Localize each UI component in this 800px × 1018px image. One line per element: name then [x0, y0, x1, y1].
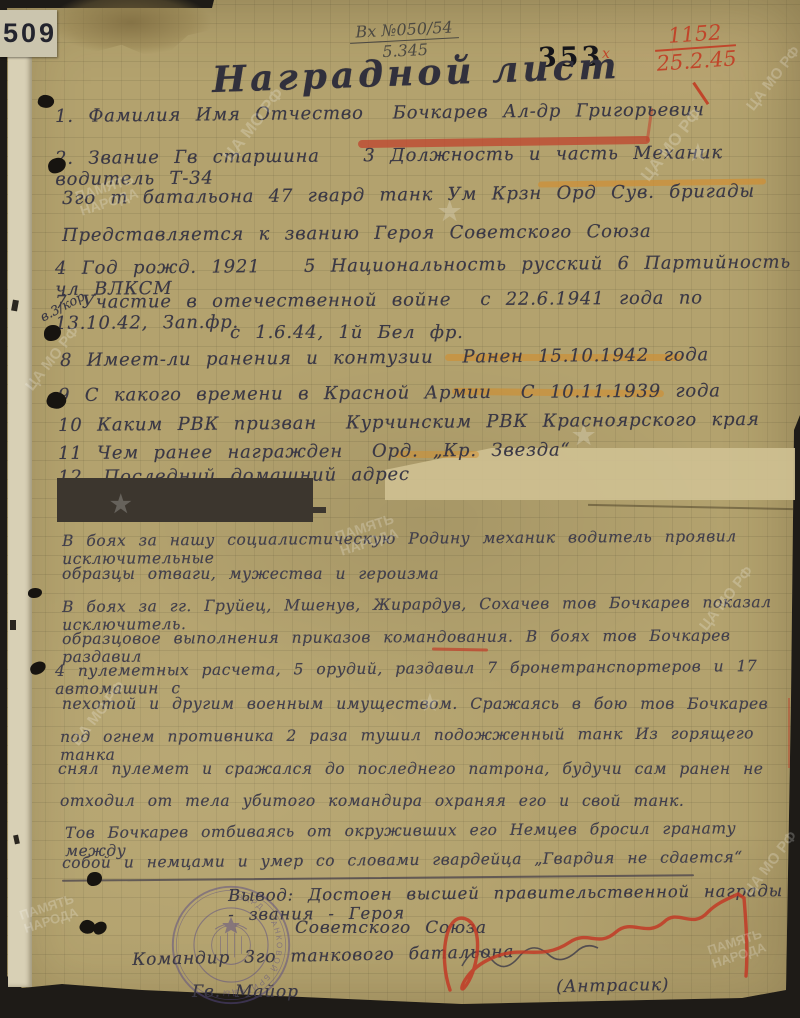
narrative-line-1: В боях за нашу социалистическую Родину м… — [62, 527, 800, 568]
red-register-number: 1152 25.2.45 — [653, 19, 738, 76]
narrative-line-2: образцы отваги, мужества и героизма — [62, 565, 439, 583]
scanned-award-sheet: 509 Вх №050/54 5.345 353 х 1152 25.2.45 … — [0, 0, 800, 1018]
corner-tab: 509 — [0, 10, 57, 57]
signature-ink-red — [444, 894, 746, 990]
narrative-line-8: снял пулемет и сражался до последнего па… — [58, 760, 763, 778]
narrative-line-9: отходил от тела убитого командира охраня… — [60, 792, 684, 810]
field-line-11: 11 Чем ранее награжден Орд. „Кр. Звезда“ — [58, 439, 571, 464]
field-line-7: с 1.6.44, 1й Бел фр. — [230, 322, 464, 343]
narrative-line-7: под огнем противника 2 раза тушил подожж… — [60, 724, 800, 764]
field-line-4: Представляется к званию Героя Советского… — [62, 221, 652, 246]
signature-scrawl — [420, 878, 780, 1008]
redaction-box — [57, 478, 313, 522]
signature-rank: Гв. Майор — [192, 982, 299, 1002]
redaction-box-tail — [300, 507, 326, 513]
red-check-mark: х — [602, 46, 610, 62]
edge-notch — [10, 620, 16, 630]
corner-number: 509 — [3, 18, 57, 49]
underlying-page-edge — [8, 55, 32, 987]
narrative-line-5: 4 пулеметных расчета, 5 орудий, раздавил… — [55, 657, 800, 698]
narrative-line-6: пехотой и другим военным имуществом. Сра… — [62, 695, 768, 713]
